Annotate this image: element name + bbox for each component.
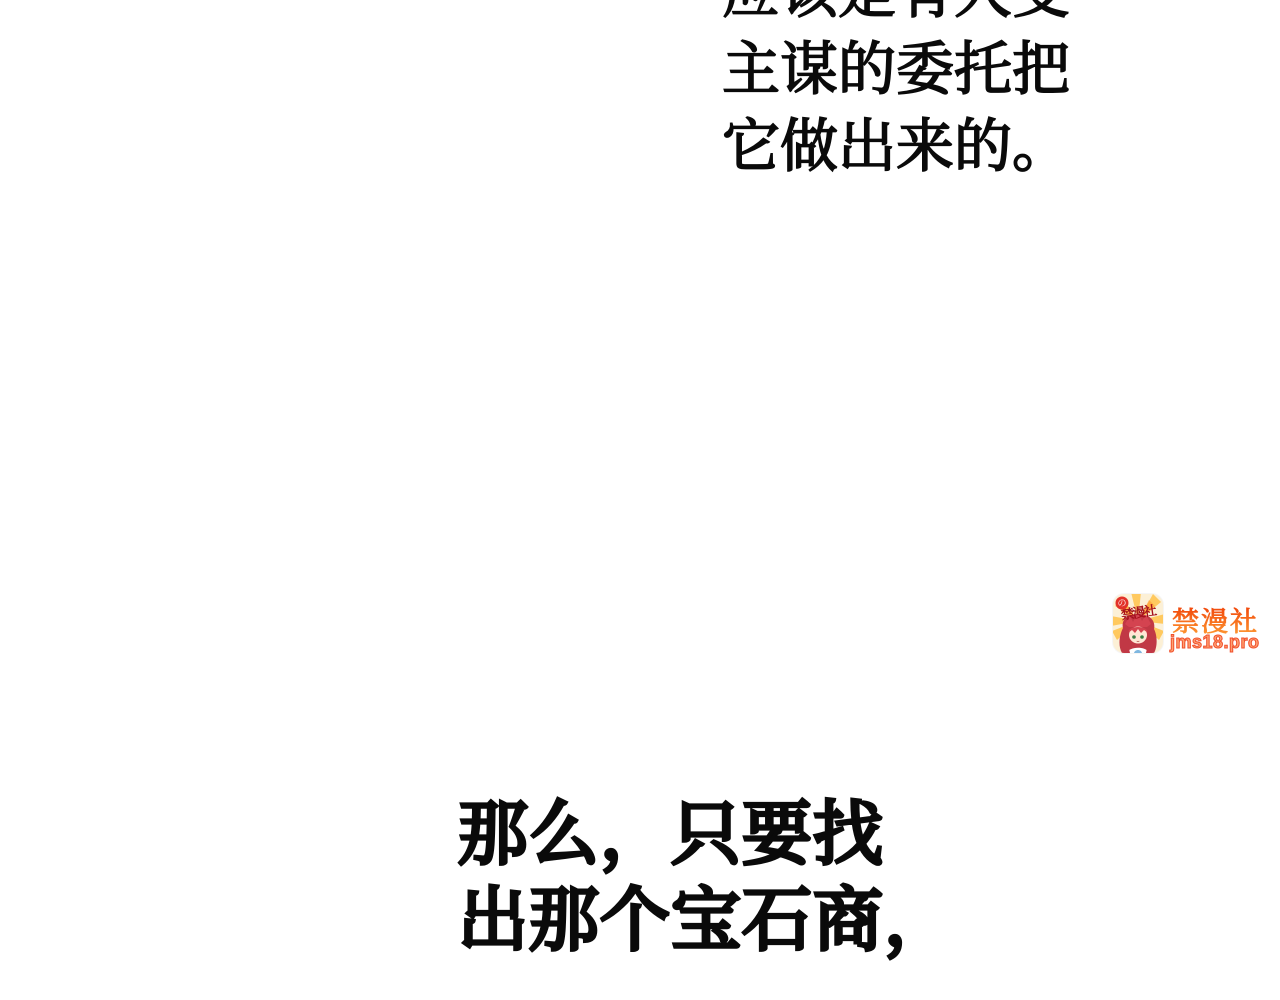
- girl-eye-right: [1140, 635, 1144, 639]
- no-badge: の: [1116, 597, 1129, 610]
- svg-text:の: の: [1117, 598, 1126, 608]
- dialogue-line: 主谋的委托把: [722, 31, 1070, 108]
- watermark-site-url: jms18.pro: [1170, 632, 1260, 653]
- dialogue-bottom: 那么，只要找 出那个宝石商，: [458, 791, 955, 963]
- site-watermark: 禁漫社 の 禁漫社 jms18.pro: [1113, 594, 1273, 654]
- dialogue-line: 那么，只要找: [458, 791, 955, 877]
- dialogue-line: 它做出来的。: [722, 108, 1070, 185]
- jms-app-icon: 禁漫社 の: [1113, 594, 1163, 653]
- dialogue-top: 应该是有人受 主谋的委托把 它做出来的。: [722, 0, 1070, 185]
- jms-app-icon-art: 禁漫社 の: [1113, 594, 1163, 653]
- girl-eye-left: [1132, 635, 1136, 639]
- dialogue-line: 应该是有人受: [722, 0, 1070, 31]
- dialogue-line: 出那个宝石商，: [458, 877, 955, 963]
